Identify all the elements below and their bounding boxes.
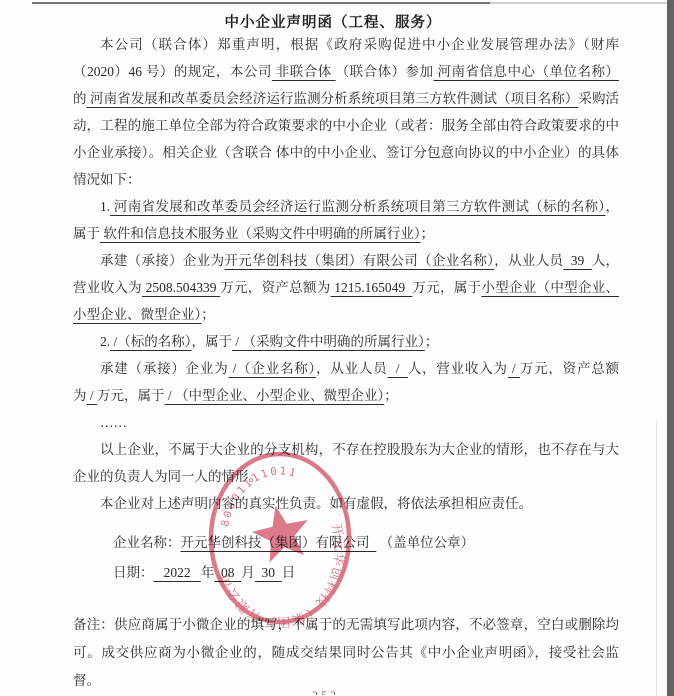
text-run: 万元，属于	[412, 280, 481, 295]
text-run: 承建（承接）企业为	[100, 361, 229, 376]
paragraph-date-line: 日期： 2022 年 08 月 30 日	[113, 558, 633, 588]
fill-in-value: 08	[214, 565, 241, 580]
text-run: ，从业人员	[494, 253, 563, 268]
fill-in-value: 河南省发展和改革委员会经济运行监测分析系统项目第三方软件测试（标的名称）	[110, 199, 605, 214]
remark-block: 备注：供应商属于小微企业的填写，不属于的无需填写此项内容，不必签章，空白或删除均…	[73, 611, 619, 695]
document-title: 中小企业声明函（工程、服务）	[0, 11, 666, 32]
fill-in-value: 非联合体	[272, 64, 336, 79]
fill-in-value: /	[508, 361, 520, 376]
fill-in-value: /（企业名称）	[229, 361, 317, 376]
fill-in-value: 2022	[154, 565, 201, 580]
text-run: 日	[282, 565, 296, 580]
text-run: ；	[201, 307, 215, 322]
text-run: 企业名称：	[113, 535, 181, 550]
paragraph-statement-responsibility: 本企业对上述声明内容的真实性负责。如有虚假，将依法承担相应责任。	[73, 490, 619, 517]
paragraph-item-2: 2. /（标的名称），属于 / （采购文件中明确的所属行业）；	[73, 328, 619, 355]
declaration-body: 本公司（联合体）郑重声明，根据《政府采购促进中小企业发展管理办法》（财库（202…	[73, 31, 619, 517]
paragraph-company-name-line: 企业名称：开元华创科技（集团）有限公司 （盖单位公章）	[113, 528, 633, 558]
text-run: 备注：供应商属于小微企业的填写，不属于的无需填写此项内容，不必签章，空白或删除均…	[73, 617, 619, 688]
fill-in-value: /	[387, 361, 407, 376]
scan-artifact-top-streak	[32, 2, 490, 4]
text-run: ，属于	[192, 334, 233, 349]
fill-in-value: 开元华创科技（集团）有限公司（企业名称）	[224, 253, 494, 268]
fill-in-value: 30	[255, 565, 282, 580]
text-run: 月	[241, 565, 255, 580]
text-run: 人，营业收入为	[408, 361, 508, 376]
text-run: 年	[201, 565, 215, 580]
paragraph-item-1: 1. 河南省发展和改革委员会经济运行监测分析系统项目第三方软件测试（标的名称），…	[73, 193, 619, 247]
text-run: 本企业对上述声明内容的真实性负责。如有虚假，将依法承担相应责任。	[100, 496, 532, 511]
text-run: （联合体）参加	[336, 64, 434, 79]
fill-in-value: 河南省发展和改革委员会经济运行监测分析系统项目第三方软件测试（项目名称）	[87, 91, 579, 106]
text-run: 以上企业，不属于大企业的分支机构，不存在控股股东为大企业的情形，也不存在与大企业…	[73, 442, 619, 484]
fill-in-value: 河南省信息中心（单位名称）	[434, 64, 619, 79]
fill-in-value: /（标的名称）	[110, 334, 191, 349]
paragraph-intro: 本公司（联合体）郑重声明，根据《政府采购促进中小企业发展管理办法》（财库（202…	[73, 31, 619, 193]
signature-block: 企业名称：开元华创科技（集团）有限公司 （盖单位公章）日期： 2022 年 08…	[113, 528, 633, 588]
text-run: ；	[425, 334, 439, 349]
text-run: ；	[384, 388, 398, 403]
text-run: 承建（承接）企业为	[100, 253, 224, 268]
fill-in-value: 2508.504339	[142, 280, 220, 295]
fill-in-value: 软件和信息技术服务业（采购文件中明确的所属行业）	[100, 226, 421, 241]
text-run: （盖单位公章）	[376, 535, 474, 550]
scan-artifact-top-streak-light	[490, 2, 674, 4]
scan-artifact-right-line	[656, 420, 657, 696]
paragraph-statement-no-big-enterprise: 以上企业，不属于大企业的分支机构，不存在控股股东为大企业的情形，也不存在与大企业…	[73, 436, 619, 490]
text-run: 2.	[100, 334, 110, 349]
fill-in-value: / （中型企业、小型企业、微型企业）	[165, 388, 385, 403]
text-run: ；	[421, 226, 435, 241]
text-run: ，从业人员	[316, 361, 387, 376]
paragraph-item-1-detail: 承建（承接）企业为开元华创科技（集团）有限公司（企业名称），从业人员 39 人，…	[73, 247, 619, 328]
paragraph-ellipsis: ……	[73, 409, 619, 436]
text-run: 日期：	[113, 565, 154, 580]
paragraph-item-2-detail: 承建（承接）企业为 /（企业名称），从业人员 / 人，营业收入为 / 万元，资产…	[73, 355, 619, 409]
text-run: ……	[100, 415, 127, 430]
fill-in-value: /	[87, 388, 98, 403]
text-run: 万元，属于	[97, 388, 165, 403]
fill-in-value: 1215.165049	[331, 280, 413, 295]
scanned-document-page: 中小企业声明函（工程、服务） 本公司（联合体）郑重声明，根据《政府采购促进中小企…	[0, 0, 674, 696]
text-run: 1.	[100, 199, 110, 214]
scan-artifact-right-edge	[667, 0, 674, 696]
fill-in-value: 39	[563, 253, 591, 268]
text-run: 的	[73, 91, 87, 106]
fill-in-value: / （采购文件中明确的所属行业）	[232, 334, 425, 349]
page-number-partial: 252	[312, 688, 346, 695]
paragraph-remark: 备注：供应商属于小微企业的填写，不属于的无需填写此项内容，不必签章，空白或删除均…	[73, 611, 619, 695]
fill-in-value: 开元华创科技（集团）有限公司	[181, 535, 377, 550]
text-run: 万元，资产总额为	[220, 280, 330, 295]
